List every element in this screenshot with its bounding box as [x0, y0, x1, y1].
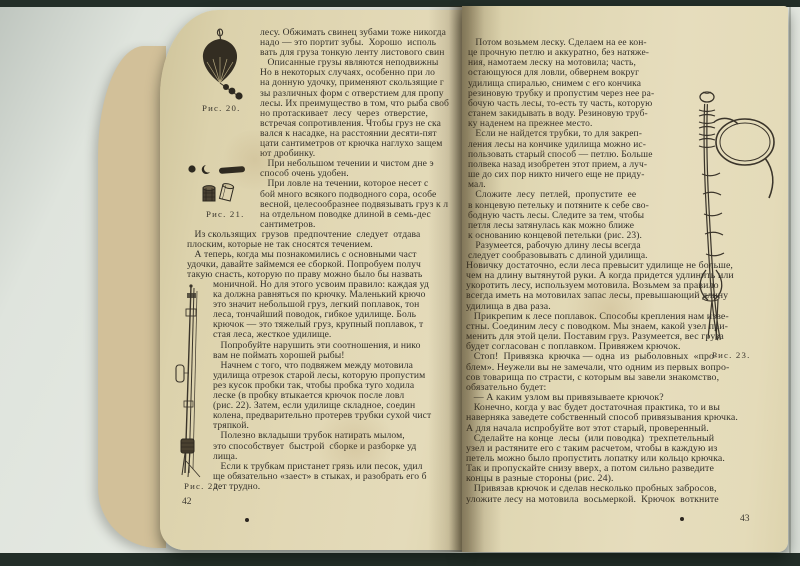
right-page: Рис. 23. Потом возьмем леску. Сделаем на… [462, 6, 788, 552]
left-page: Рис. 20. Рис. 21. Рис. 22. лесу. Обжи [160, 10, 462, 550]
right-page-text-column-beside-figure-23: Потом возьмем леску. Сделаем на ее кон-ц… [468, 38, 654, 261]
text-line: остающуюся для ловли, обвернем вокруг [468, 68, 654, 78]
figure-21-caption: Рис. 21. [206, 209, 245, 219]
left-page-number: 42 [182, 497, 192, 507]
text-line: пользовать старый способ — петлю. Больше [468, 150, 654, 160]
page-block-deckle-edge [98, 46, 166, 548]
figure-21-lead-pellets-illustration [183, 160, 263, 210]
text-line: Разумеется, рабочую длину лесы всегда [468, 241, 654, 251]
text-line: Сложите лесу петлей, пропустите ее [468, 190, 654, 200]
text-line: полвека назад изобретен этот прием, а лу… [468, 160, 654, 170]
text-line: станем закидывать в воду. Резиновую труб… [468, 109, 654, 119]
text-line: к основанию концевой петельки (рис. 23). [468, 231, 654, 241]
text-line: в концевую петельку и потяните к себе св… [468, 201, 654, 211]
text-line: уложите лесу на мотовила восьмеркой. Крю… [466, 495, 738, 505]
text-line: бодную часть лесы. Следите за тем, чтобы [468, 211, 654, 221]
text-line: Полезно вкладыши трубок натирать мылом, [213, 431, 431, 441]
figure-20-sliding-sinker-illustration [193, 28, 248, 100]
text-line: наверняка заведете собственный способ пр… [466, 413, 738, 423]
text-line: дет трудно. [213, 482, 431, 492]
figure-20-caption: Рис. 20. [202, 103, 241, 113]
scanner-edge-line [789, 7, 791, 553]
text-line: петля лесы затянулась как можно ближе [468, 221, 654, 231]
text-line: При ловле на течении, которое несет с [260, 179, 449, 189]
text-line: удилища спиралью, снимем с его кончика [468, 79, 654, 89]
text-line: мал. [468, 180, 654, 190]
right-page-text-full-width: Новичку достаточно, если леса превысит у… [466, 261, 738, 505]
paper-speck [245, 518, 249, 522]
left-page-text-column-beside-figures: лесу. Обжимать свинец зубами тоже никогд… [260, 28, 449, 230]
figure-22-rod-with-cork-illustration [160, 283, 220, 479]
paper-speck [680, 517, 684, 521]
text-line: бочую часть лесы, то-есть ту часть, кото… [468, 99, 654, 109]
text-line: це прочную петлю и аккуратно, без натяже… [468, 48, 654, 58]
text-line: ше до сих пор никто ничего еще не приду- [468, 170, 654, 180]
text-line: ния, намотаем леску на мотовила; часть, [468, 58, 654, 68]
text-line: Потом возьмем леску. Сделаем на ее кон- [468, 38, 654, 48]
text-line: резиновую трубку и пропустим через нее р… [468, 89, 654, 99]
left-page-text-full-width: Из скользящих грузов предпочтение следуе… [187, 230, 422, 280]
right-page-number: 43 [740, 514, 750, 524]
left-page-text-beside-figure-22: моничной. Но для этого усвоим правило: к… [213, 280, 431, 492]
text-line: Если не найдется трубки, то для закреп- [468, 129, 654, 139]
text-line: ления лесы на кончике удилища можно ис- [468, 140, 654, 150]
text-line: ку наденем на прежнее место. [468, 119, 654, 129]
text-line: это способствует быстрой сборке и разбор… [213, 442, 431, 452]
